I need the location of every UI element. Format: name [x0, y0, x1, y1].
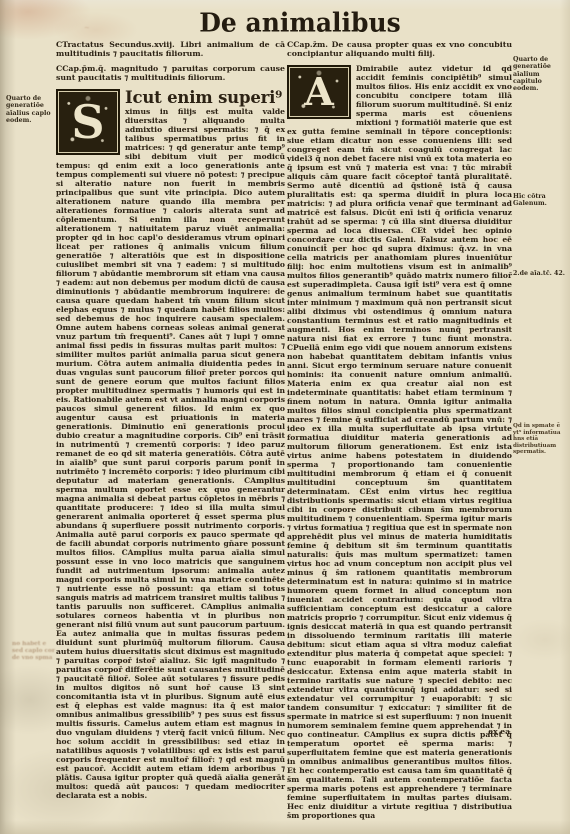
margin-note-left-reference: Quarto de generatiōe aīalius caplo eodem…	[6, 95, 56, 124]
tractatus-heading: CTractatus Secundus.xviij. Libri animali…	[56, 40, 285, 58]
opening-line: Icut enim superi⁹ di-	[125, 88, 285, 107]
catchword: ex ea	[430, 727, 510, 736]
margin-note-right-reference: Quarto de generatiōe aīalium capitulo eo…	[513, 56, 567, 92]
woodcut-initial-a: A	[287, 65, 351, 119]
faded-manuscript-note: nō habet ē sed caplo cor de vno spma	[12, 641, 58, 661]
left-text-column: CTractatus Secundus.xviij. Libri animali…	[56, 40, 285, 800]
woodcut-initial-s: S	[56, 89, 120, 155]
initial-letter: S	[71, 99, 104, 145]
margin-note-citation: 2.de aīa.tc̄. 42.	[513, 270, 567, 277]
chapter-heading-left: CCap.p̄m.q̄. magnitudo ⁊ paruitas corpor…	[56, 64, 285, 82]
margin-note-sperma: Qd in spmate ē vt⁹ informatīua h̄ns etiā…	[513, 423, 565, 456]
right-text-column: CCap.z̄m. De causa propter quas ex vno c…	[287, 40, 512, 820]
running-header: De animalibus	[150, 7, 450, 37]
left-column-body: S Icut enim superi⁹ di- ximus in filijs …	[56, 88, 285, 800]
right-body-text: Dmirabile autez videtur id qd accidit fe…	[287, 64, 512, 820]
left-body-text: ximus in filijs est multa valde diuersit…	[56, 107, 285, 800]
right-column-body: A Dmirabile autez videtur id qd accidit …	[287, 64, 512, 820]
book-page-photo: De animalibus ~ CTractatus Secundus.xvii…	[0, 0, 570, 834]
initial-letter: A	[304, 73, 333, 111]
chapter-heading-right: CCap.z̄m. De causa propter quas ex vno c…	[287, 40, 512, 58]
show-through-mark: ~	[84, 24, 124, 34]
margin-note-contra-galenum: Hīc cōtra Galenum.	[513, 193, 567, 208]
